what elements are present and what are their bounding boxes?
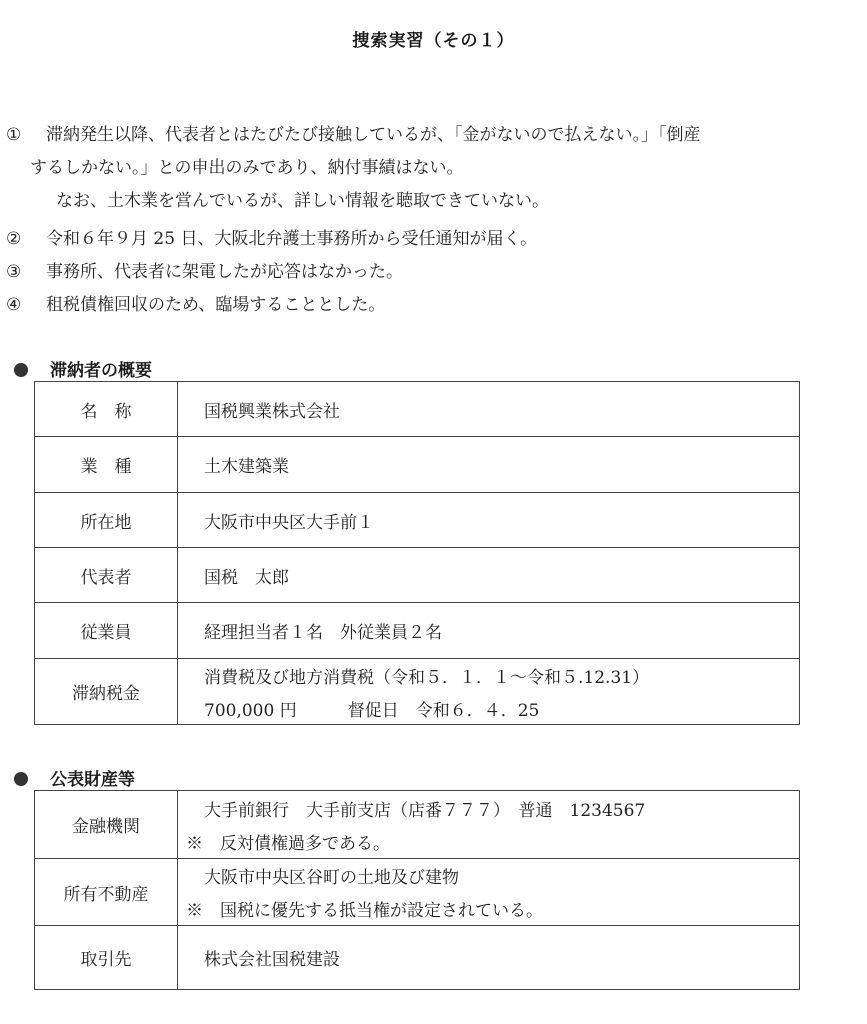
item-text-line: なお、土木業を営んでいるが、詳しい情報を聴取できていない。 [0,190,867,212]
table-row: 滞納税金 消費税及び地方消費税（令和５．１．１～令和５.12.31） 700,0… [35,659,800,725]
section-heading-delinquent-overview: 滞納者の概要 [14,356,152,381]
row-label: 所有不動産 [35,859,178,926]
item-number: ② [0,228,46,250]
table-row: 金融機関 大手前銀行 大手前支店（店番７７７） 普通 1234567 ※ 反対債… [35,791,800,859]
section-heading-public-assets: 公表財産等 [14,765,135,790]
row-label: 取引先 [35,926,178,990]
bank-note: ※ 反対債権過多である。 [186,829,798,854]
row-value: 経理担当者１名 外従業員２名 [178,603,800,659]
item-number: ① [0,124,46,146]
bank-account: 大手前銀行 大手前支店（店番７７７） 普通 1234567 [186,796,798,821]
item-number: ③ [0,261,46,283]
item-text-line: するしかない。」との申出のみであり、納付事績はない。 [0,157,867,179]
tax-amount-and-due-date: 700,000 円 督促日 令和６．４．25 [204,696,798,721]
row-label: 金融機関 [35,791,178,859]
row-value: 株式会社国税建設 [178,926,800,990]
real-estate-note: ※ 国税に優先する抵当権が設定されている。 [186,896,798,921]
table-row: 代表者 国税 太郎 [35,548,800,603]
row-value: 国税興業株式会社 [178,382,800,437]
item-text: 租税債権回収のため、臨場することとした。 [46,295,385,315]
row-value: 消費税及び地方消費税（令和５．１．１～令和５.12.31） 700,000 円 … [178,659,800,725]
item-text-line: 滞納発生以降、代表者とはたびたび接触しているが、「金がないので払えない。」「倒産 [46,125,701,145]
table-row: 所在地 大阪市中央区大手前１ [35,493,800,548]
bullet-icon [14,363,28,377]
tax-description: 消費税及び地方消費税（令和５．１．１～令和５.12.31） [204,663,798,688]
table-row: 名 称 国税興業株式会社 [35,382,800,437]
delinquent-overview-table: 名 称 国税興業株式会社 業 種 土木建築業 所在地 大阪市中央区大手前１ 代表… [34,381,800,725]
row-label: 従業員 [35,603,178,659]
item-3: ③事務所、代表者に架電したが応答はなかった。 [0,261,867,283]
row-label: 代表者 [35,548,178,603]
item-4: ④租税債権回収のため、臨場することとした。 [0,294,867,316]
real-estate: 大阪市中央区谷町の土地及び建物 [186,863,798,888]
row-value: 土木建築業 [178,437,800,493]
table-row: 取引先 株式会社国税建設 [35,926,800,990]
item-text: 令和６年９月 25 日、大阪北弁護士事務所から受任通知が届く。 [46,229,537,249]
page-title: 捜索実習（その１） [0,26,867,51]
row-value: 大阪市中央区谷町の土地及び建物 ※ 国税に優先する抵当権が設定されている。 [178,859,800,926]
item-text: 事務所、代表者に架電したが応答はなかった。 [46,262,403,282]
table-row: 所有不動産 大阪市中央区谷町の土地及び建物 ※ 国税に優先する抵当権が設定されて… [35,859,800,926]
bullet-icon [14,772,28,786]
row-label: 滞納税金 [35,659,178,725]
row-value: 大手前銀行 大手前支店（店番７７７） 普通 1234567 ※ 反対債権過多であ… [178,791,800,859]
row-value: 大阪市中央区大手前１ [178,493,800,548]
row-label: 所在地 [35,493,178,548]
public-assets-table: 金融機関 大手前銀行 大手前支店（店番７７７） 普通 1234567 ※ 反対債… [34,790,800,990]
row-label: 業 種 [35,437,178,493]
row-label: 名 称 [35,382,178,437]
table-row: 業 種 土木建築業 [35,437,800,493]
item-1: ①滞納発生以降、代表者とはたびたび接触しているが、「金がないので払えない。」「倒… [0,124,867,212]
item-2: ②令和６年９月 25 日、大阪北弁護士事務所から受任通知が届く。 [0,228,867,250]
table-row: 従業員 経理担当者１名 外従業員２名 [35,603,800,659]
item-number: ④ [0,294,46,316]
row-value: 国税 太郎 [178,548,800,603]
